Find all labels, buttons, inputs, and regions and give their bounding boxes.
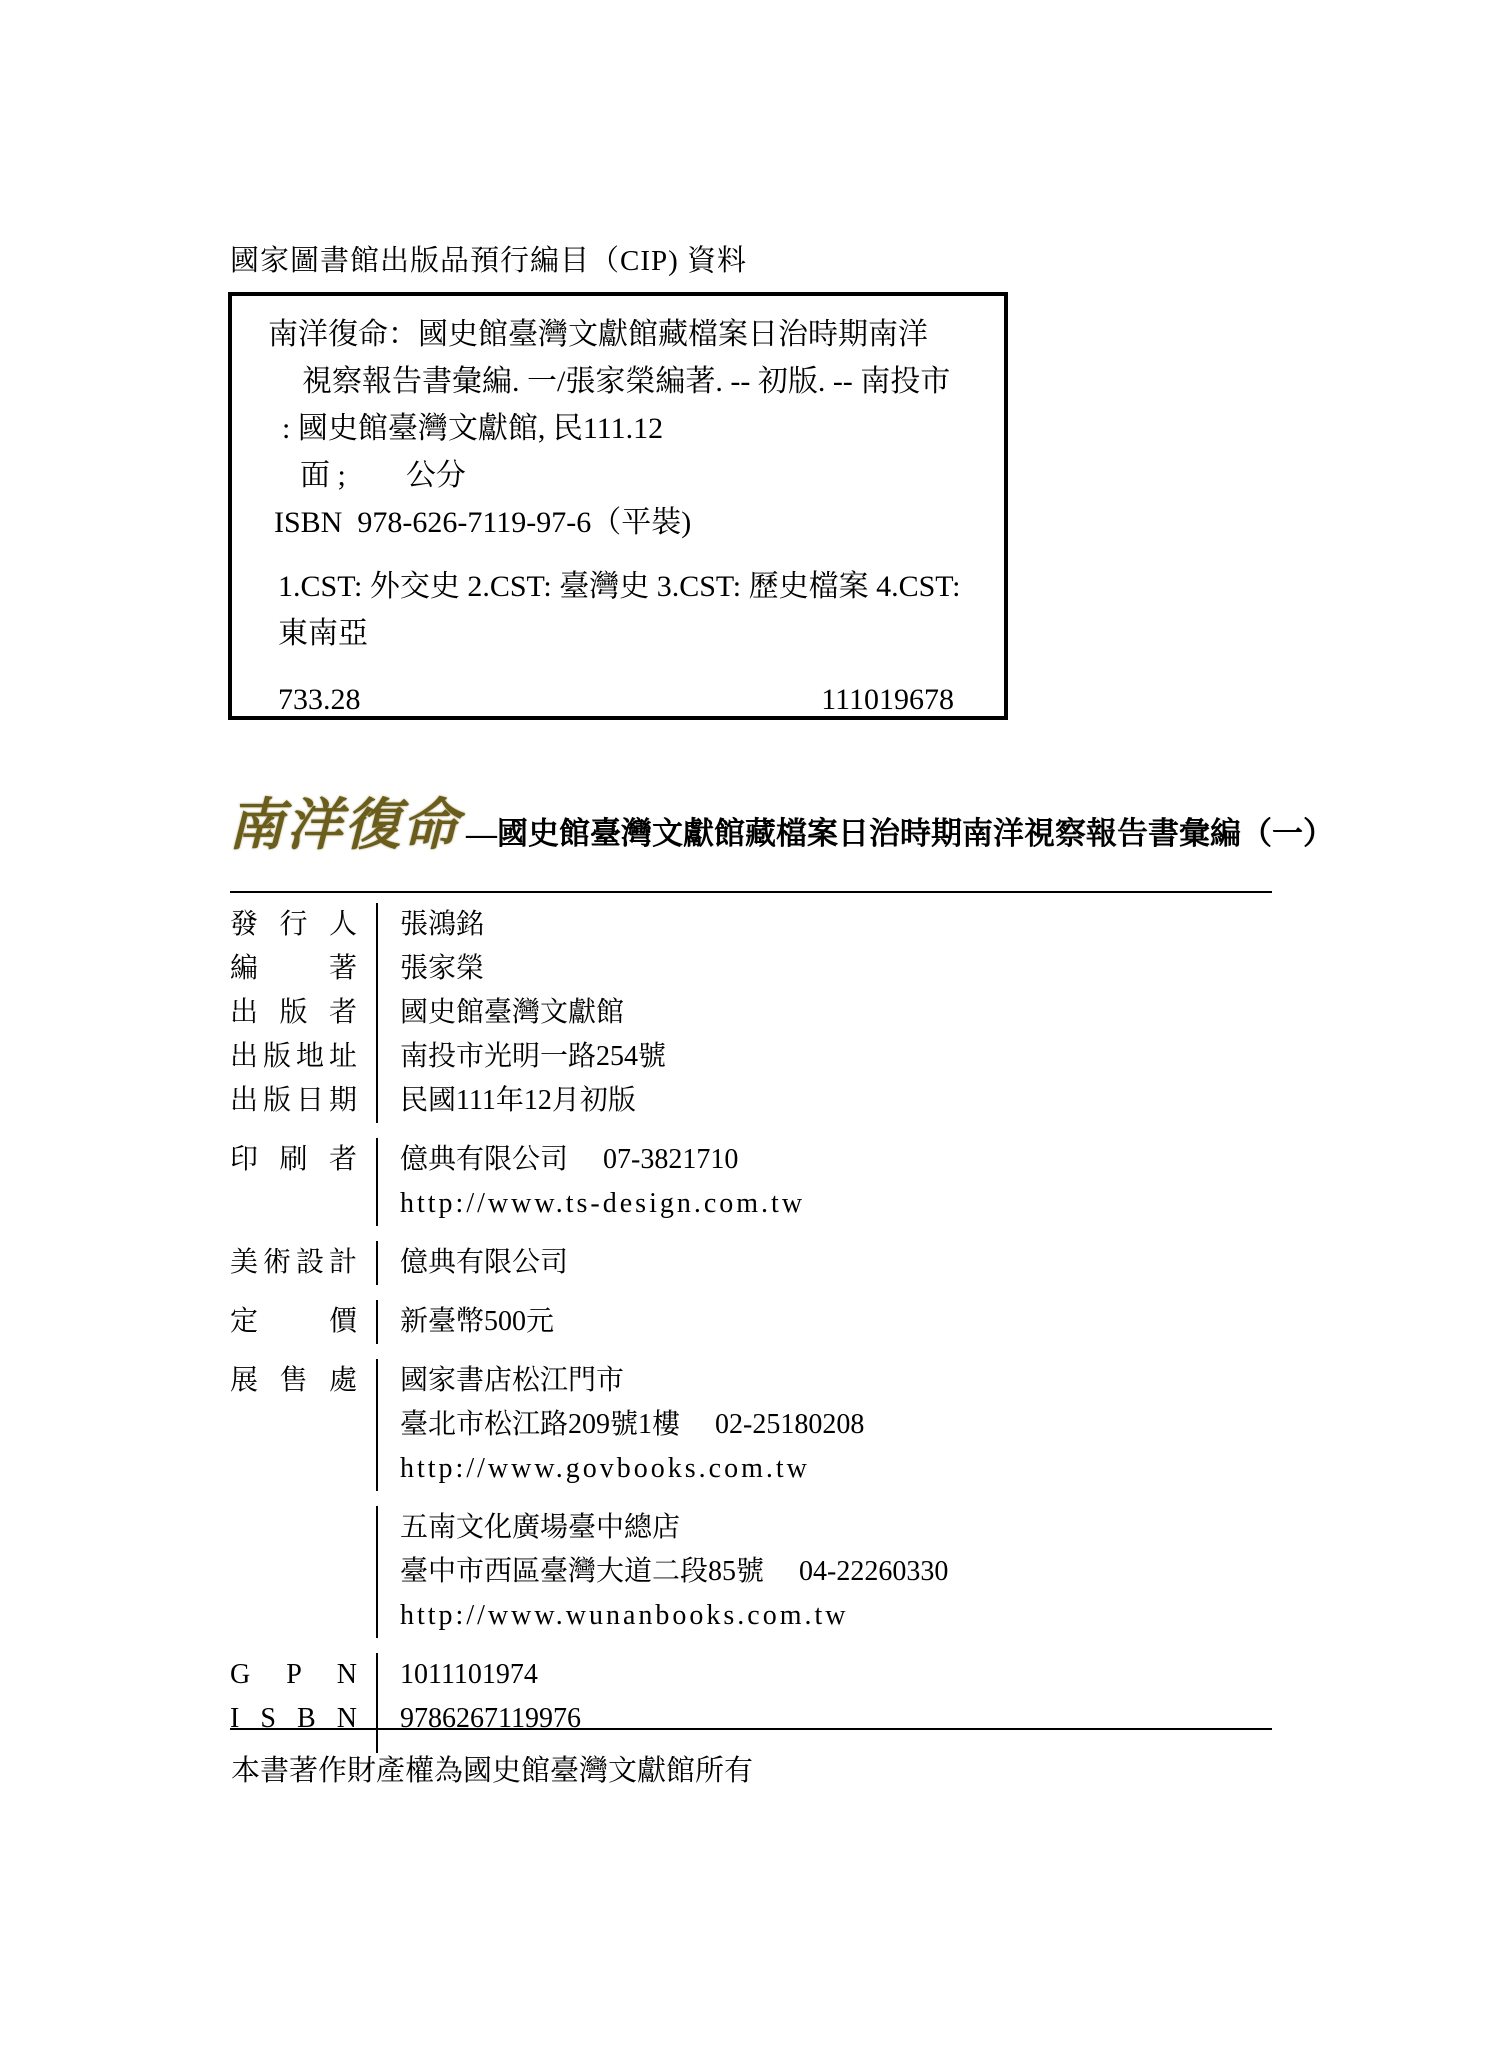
cip-title-line-1: 南洋復命：國史館臺灣文獻館藏檔案日治時期南洋: [232, 311, 1004, 358]
value-column: 1011101974 9786267119976: [376, 1653, 1272, 1753]
value-publisher-person: 張鴻銘: [400, 903, 1272, 947]
label-column: 定 價: [230, 1300, 376, 1344]
value-column: 五南文化廣場臺中總店 臺中市西區臺灣大道二段85號 04-22260330 ht…: [376, 1506, 1272, 1638]
value-store2-address: 臺中市西區臺灣大道二段85號 04-22260330: [400, 1550, 1272, 1594]
label-column: [230, 1506, 376, 1638]
cip-title-line-3: : 國史館臺灣文獻館, 民111.12: [232, 405, 1004, 452]
label-publish-address: 出版地址: [230, 1035, 376, 1079]
label-gpn: G P N: [230, 1653, 376, 1697]
label-sales-office: 展 售 處: [230, 1359, 376, 1403]
label-empty: [230, 1506, 376, 1550]
value-editor: 張家榮: [400, 947, 1272, 991]
value-publish-address: 南投市光明一路254號: [400, 1035, 1272, 1079]
book-subtitle: —國史館臺灣文獻館藏檔案日治時期南洋視察報告書彙編（一）: [466, 817, 1334, 851]
label-column: 展 售 處: [230, 1359, 376, 1491]
divider-rule-top: [230, 891, 1272, 893]
value-store1-url: http://www.govbooks.com.tw: [400, 1447, 1272, 1491]
value-price: 新臺幣500元: [400, 1300, 1272, 1344]
colophon-table: 發 行 人 編 著 出 版 者 出版地址 出版日期 張鴻銘 張家榮 國史館臺灣文…: [230, 903, 1272, 1753]
value-publishing-org: 國史館臺灣文獻館: [400, 991, 1272, 1035]
colophon-group-price: 定 價 新臺幣500元: [230, 1300, 1272, 1344]
value-publish-date: 民國111年12月初版: [400, 1079, 1272, 1123]
cip-box: 南洋復命：國史館臺灣文獻館藏檔案日治時期南洋 視察報告書彙編. 一/張家榮編著.…: [228, 292, 1008, 720]
value-printer-name: 億典有限公司 07-3821710: [400, 1138, 1272, 1182]
colophon-group-printer: 印 刷 者 億典有限公司 07-3821710 http://www.ts-de…: [230, 1138, 1272, 1226]
label-price: 定 價: [230, 1300, 376, 1344]
value-store1-address: 臺北市松江路209號1樓 02-25180208: [400, 1403, 1272, 1447]
colophon-group-store-1: 展 售 處 國家書店松江門市 臺北市松江路209號1樓 02-25180208 …: [230, 1359, 1272, 1491]
cip-subjects-line-1: 1.CST: 外交史 2.CST: 臺灣史 3.CST: 歷史檔案 4.CST:: [232, 563, 1004, 610]
cip-format-line: 面 ; 公分: [232, 452, 1004, 499]
label-publish-date: 出版日期: [230, 1079, 376, 1123]
value-gpn: 1011101974: [400, 1653, 1272, 1697]
value-art-design: 億典有限公司: [400, 1241, 1272, 1285]
cip-numbers-row: 733.28 111019678: [232, 676, 1004, 723]
cip-header: 國家圖書館出版品預行編目（CIP) 資料: [230, 238, 747, 279]
label-column: 美術設計: [230, 1241, 376, 1285]
label-art-design: 美術設計: [230, 1241, 376, 1285]
label-column: 發 行 人 編 著 出 版 者 出版地址 出版日期: [230, 903, 376, 1123]
value-column: 新臺幣500元: [376, 1300, 1272, 1344]
label-column: 印 刷 者: [230, 1138, 376, 1226]
value-column: 億典有限公司 07-3821710 http://www.ts-design.c…: [376, 1138, 1272, 1226]
colophon-group-numbers: G P N I S B N 1011101974 9786267119976: [230, 1653, 1272, 1753]
label-editor: 編 著: [230, 947, 376, 991]
colophon-page: { "cip": { "header": "國家圖書館出版品預行編目（CIP) …: [0, 0, 1497, 2048]
label-column: G P N I S B N: [230, 1653, 376, 1753]
label-publisher-person: 發 行 人: [230, 903, 376, 947]
cip-title-line-2: 視察報告書彙編. 一/張家榮編著. -- 初版. -- 南投市: [232, 358, 1004, 405]
value-store2-url: http://www.wunanbooks.com.tw: [400, 1594, 1272, 1638]
value-store2-name: 五南文化廣場臺中總店: [400, 1506, 1272, 1550]
cip-isbn-line: ISBN 978-626-7119-97-6（平裝): [232, 499, 1004, 546]
colophon-group-store-2: 五南文化廣場臺中總店 臺中市西區臺灣大道二段85號 04-22260330 ht…: [230, 1506, 1272, 1638]
value-printer-url: http://www.ts-design.com.tw: [400, 1182, 1272, 1226]
label-printer: 印 刷 者: [230, 1138, 376, 1182]
divider-rule-bottom: [230, 1728, 1272, 1730]
cip-subjects-line-2: 東南亞: [232, 610, 1004, 657]
label-publishing-org: 出 版 者: [230, 991, 376, 1035]
value-column: 國家書店松江門市 臺北市松江路209號1樓 02-25180208 http:/…: [376, 1359, 1272, 1491]
book-logo: 南洋復命: [228, 798, 460, 854]
title-line: 南洋復命 —國史館臺灣文獻館藏檔案日治時期南洋視察報告書彙編（一）: [228, 798, 1334, 854]
copyright-statement: 本書著作財產權為國史館臺灣文獻館所有: [231, 1748, 753, 1789]
colophon-group-publisher: 發 行 人 編 著 出 版 者 出版地址 出版日期 張鴻銘 張家榮 國史館臺灣文…: [230, 903, 1272, 1123]
value-column: 億典有限公司: [376, 1241, 1272, 1285]
cip-class-number: 733.28: [278, 676, 361, 723]
colophon-group-art-design: 美術設計 億典有限公司: [230, 1241, 1272, 1285]
value-store1-name: 國家書店松江門市: [400, 1359, 1272, 1403]
value-column: 張鴻銘 張家榮 國史館臺灣文獻館 南投市光明一路254號 民國111年12月初版: [376, 903, 1272, 1123]
cip-record-number: 111019678: [821, 676, 954, 723]
value-isbn: 9786267119976: [400, 1697, 1272, 1741]
label-isbn: I S B N: [230, 1697, 376, 1741]
